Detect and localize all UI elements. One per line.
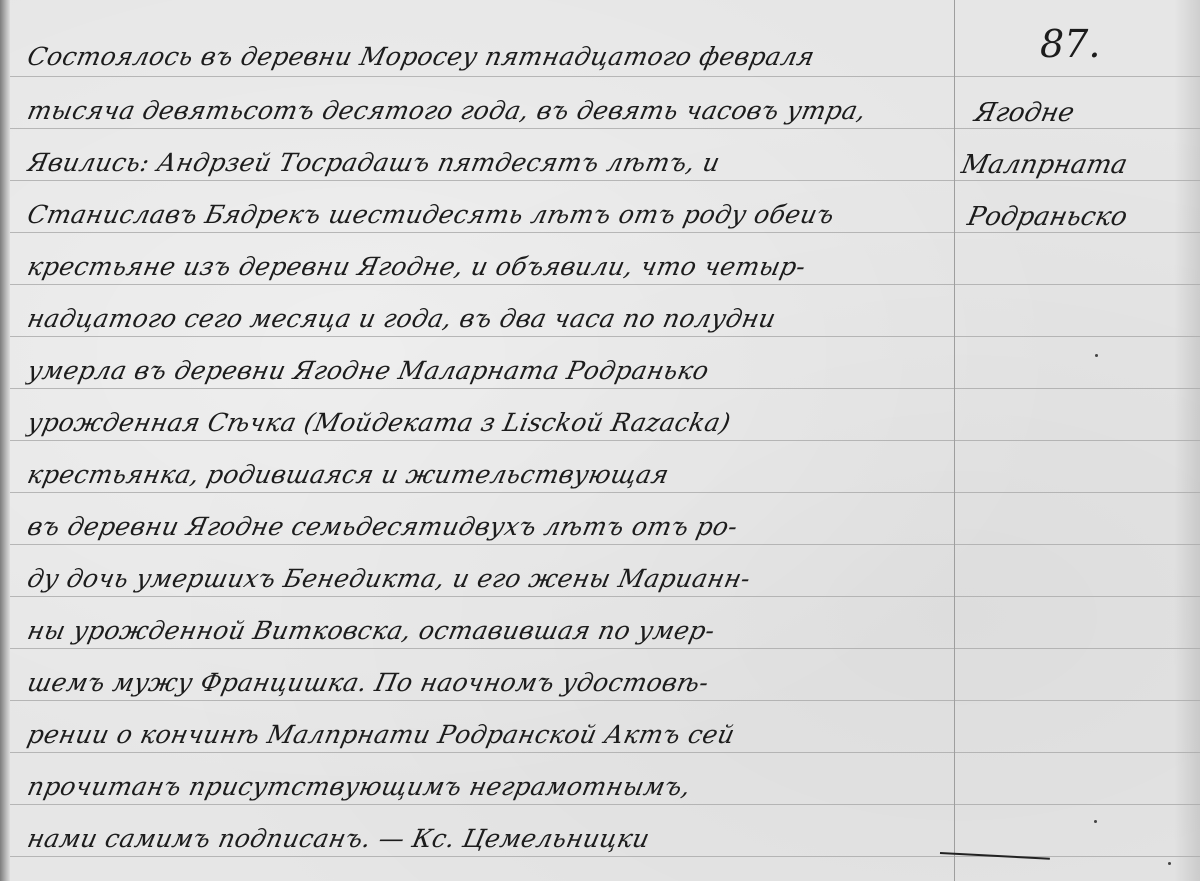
body-line-13: шемъ мужу Францишка. По наочномъ удостов… [20, 668, 961, 720]
body-line-12: ны урожденной Витковска, оставившая по у… [20, 616, 961, 668]
body-line-6: надцатого сего месяца и года, въ два час… [20, 304, 961, 356]
body-line-9: крестьянка, родившаяся и жительствующая [20, 460, 961, 512]
margin-deceased-surname: Родраньско [965, 202, 1130, 232]
body-line-15: прочитанъ присутствующимъ неграмотнымъ, [20, 772, 961, 824]
margin-deceased-first-name: Малпрната [959, 150, 1130, 180]
body-line-7: умерла въ деревни Ягодне Маларната Родра… [20, 356, 961, 408]
ledger-page: 87. Ягодне Малпрната Родраньско Состояло… [0, 0, 1200, 881]
ink-speck [1095, 354, 1098, 357]
ink-speck [1094, 820, 1097, 823]
entry-number: 87. [1040, 22, 1100, 66]
ink-speck [1168, 862, 1171, 865]
page-binding-edge [0, 0, 10, 881]
body-line-4: Станиславъ Бядрекъ шестидесять лѣтъ отъ … [20, 200, 961, 252]
body-line-14: рении о кончинѣ Малпрнати Родранской Акт… [20, 720, 961, 772]
body-line-5: крестьяне изъ деревни Ягодне, и объявили… [20, 252, 961, 304]
body-line-2: тысяча девятьсотъ десятого года, въ девя… [20, 96, 961, 148]
body-line-10: въ деревни Ягодне семьдесятидвухъ лѣтъ о… [20, 512, 961, 564]
body-line-11: ду дочь умершихъ Бенедикта, и его жены М… [20, 564, 961, 616]
margin-village-name: Ягодне [972, 98, 1077, 128]
body-line-16: нами самимъ подписанъ. — Кс. Цемельницки [20, 824, 961, 876]
body-line-8: урожденная Сѣчка (Мойдеката з Lisckой Ra… [20, 408, 961, 460]
body-line-3: Явились: Андрзей Тосрадашъ пятдесятъ лѣт… [20, 148, 961, 200]
body-line-1: Состоялось въ деревни Моросеу пятнадцато… [20, 42, 961, 94]
